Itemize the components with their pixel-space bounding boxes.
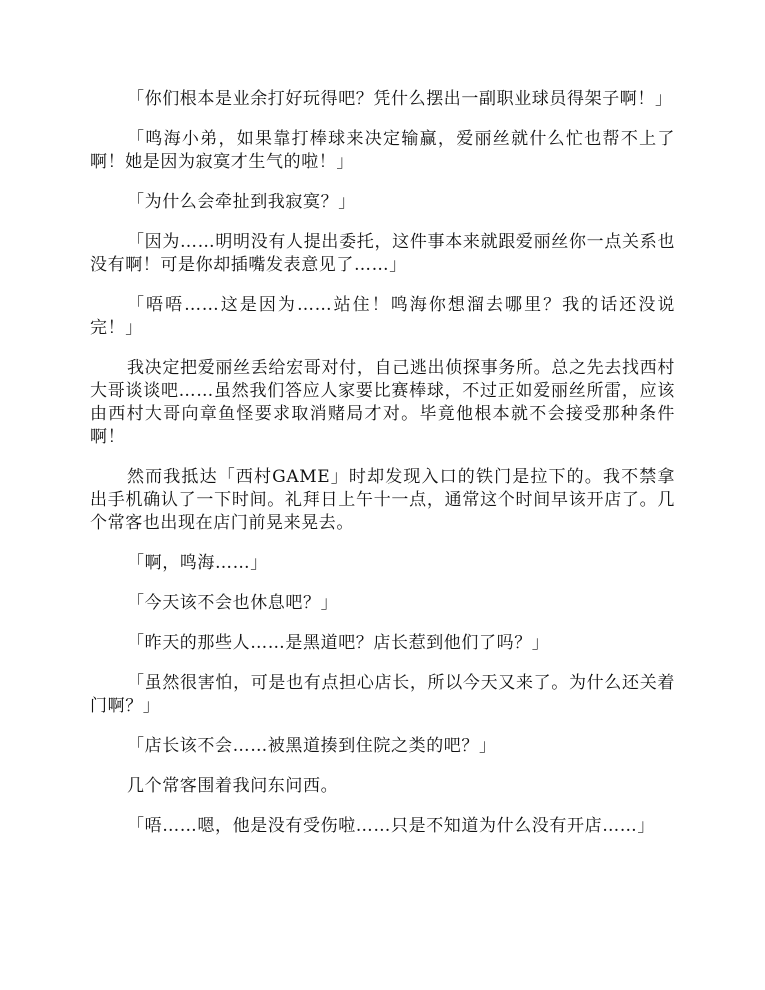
paragraph: 「鸣海小弟，如果靠打棒球来决定输赢，爱丽丝就什么忙也帮不上了啊！她是因为寂寞才生… <box>90 128 675 174</box>
paragraph: 「今天该不会也休息吧？」 <box>90 592 675 615</box>
paragraph: 几个常客围着我问东问西。 <box>90 775 675 798</box>
paragraph: 「唔……嗯，他是没有受伤啦……只是不知道为什么没有开店……」 <box>90 815 675 838</box>
paragraph: 「因为……明明没有人提出委托，这件事本来就跟爱丽丝你一点关系也没有啊！可是你却插… <box>90 231 675 277</box>
paragraph: 「啊，鸣海……」 <box>90 552 675 575</box>
paragraph: 然而我抵达「西村GAME」时却发现入口的铁门是拉下的。我不禁拿出手机确认了一下时… <box>90 466 675 535</box>
paragraph: 「为什么会牵扯到我寂寞？」 <box>90 191 675 214</box>
paragraph: 「昨天的那些人……是黑道吧？店长惹到他们了吗？」 <box>90 632 675 655</box>
paragraph: 「你们根本是业余打好玩得吧？凭什么摆出一副职业球员得架子啊！」 <box>90 88 675 111</box>
paragraph: 「虽然很害怕，可是也有点担心店长，所以今天又来了。为什么还关着门啊？」 <box>90 672 675 718</box>
document-page: 「你们根本是业余打好玩得吧？凭什么摆出一副职业球员得架子啊！」 「鸣海小弟，如果… <box>90 88 675 855</box>
paragraph: 「店长该不会……被黑道揍到住院之类的吧？」 <box>90 735 675 758</box>
paragraph: 「唔唔……这是因为……站住！鸣海你想溜去哪里？我的话还没说完！」 <box>90 294 675 340</box>
paragraph: 我决定把爱丽丝丢给宏哥对付，自己逃出侦探事务所。总之先去找西村大哥谈谈吧……虽然… <box>90 357 675 449</box>
